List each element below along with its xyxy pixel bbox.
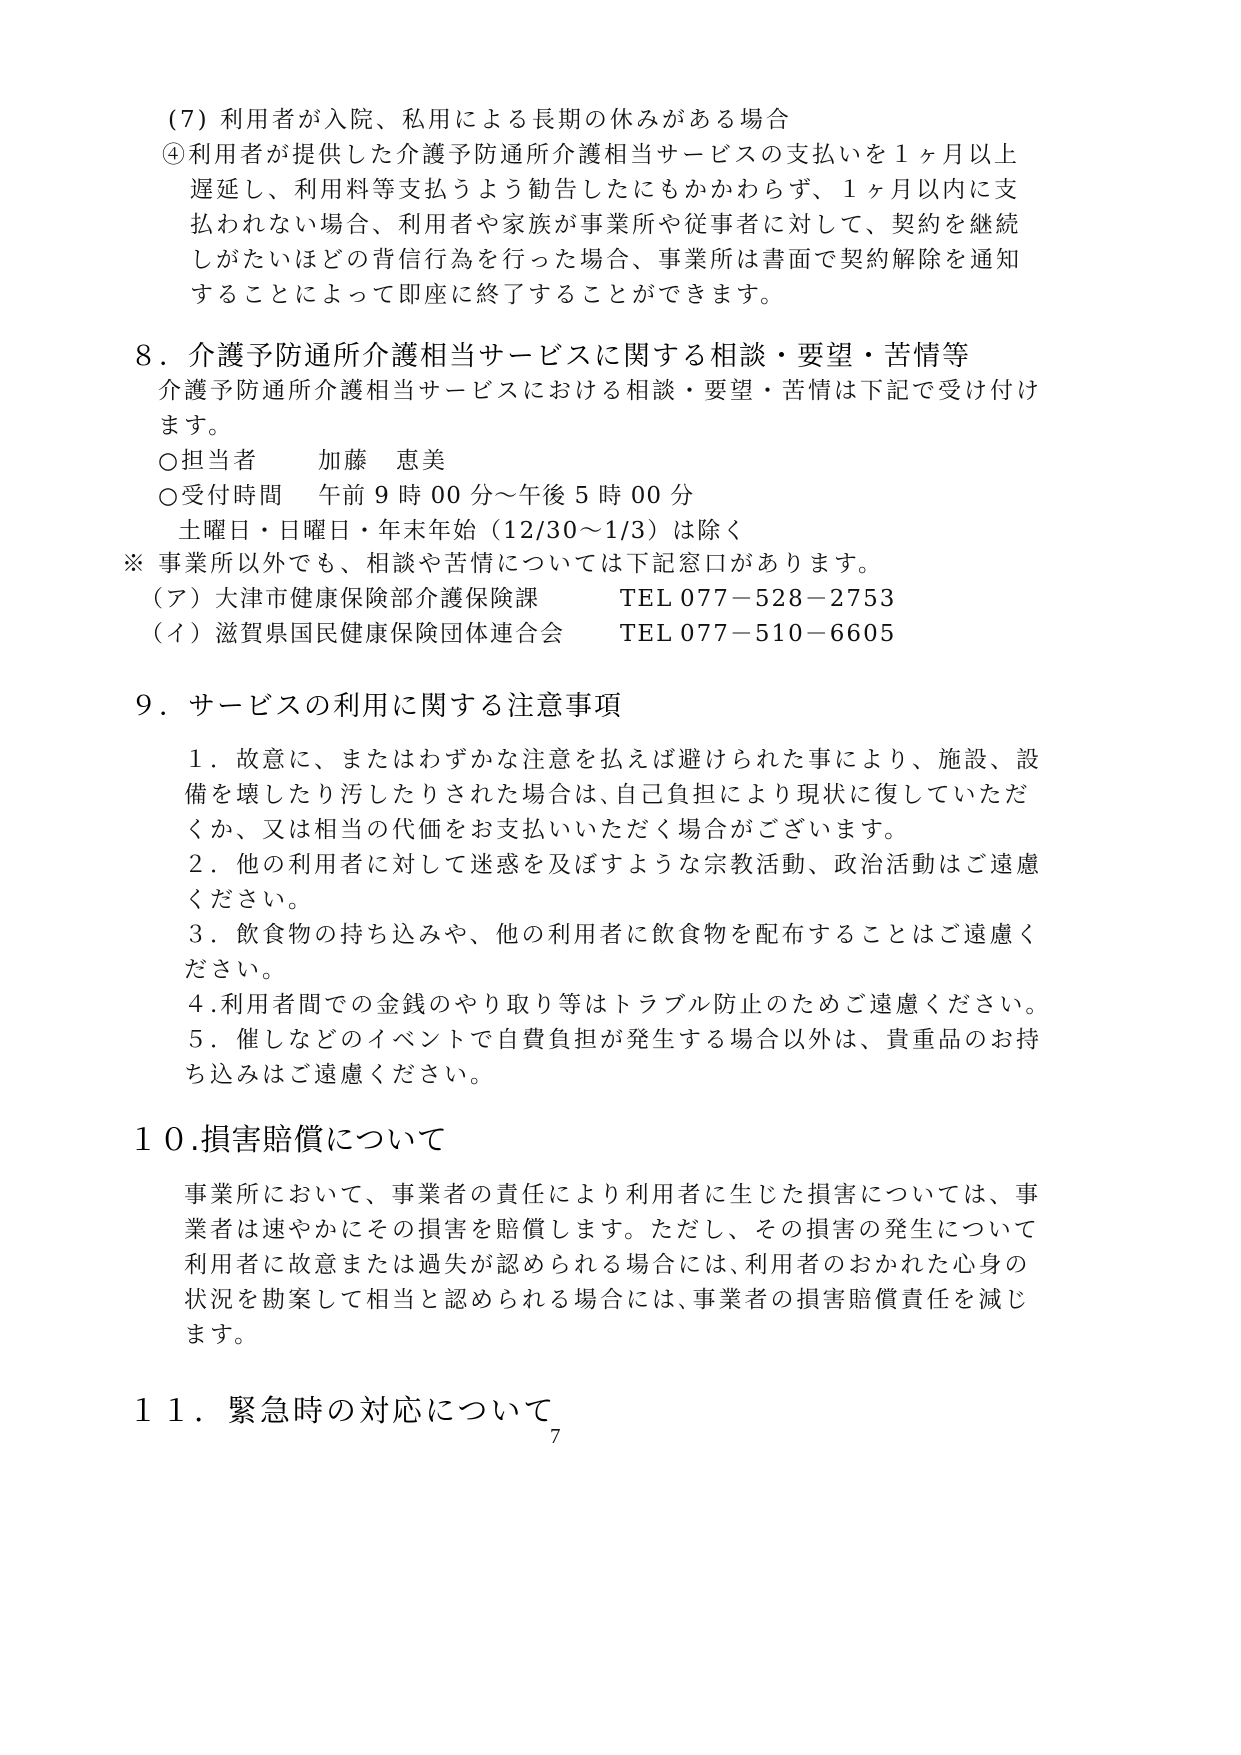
item-7-text: (7) 利用者が入院、私用による長期の休みがある場合 xyxy=(168,105,792,135)
section-8-heading: ８．介護予防通所介護相当サービスに関する相談・要望・苦情等 xyxy=(130,340,971,374)
section-9-line-4: ２．他の利用者に対して迷惑を及ぼすような宗教活動、政治活動はご遠慮 xyxy=(184,850,1042,880)
office-a-name: （ア）大津市健康保険部介護保険課 xyxy=(140,584,540,614)
section-11-heading: １１．緊急時の対応について xyxy=(128,1395,556,1429)
section-10-heading: １０.損害賠償について xyxy=(128,1124,448,1158)
item-4-line-3: 払われない場合、利用者や家族が事業所や従事者に対して、契約を継続 xyxy=(190,210,1022,240)
office-b-tel: 077－510－6605 xyxy=(680,619,896,649)
item-4-line-5: することによって即座に終了することができます。 xyxy=(190,280,786,310)
section-9-heading: ９．サービスの利用に関する注意事項 xyxy=(130,690,623,724)
section-10-line-3: 利用者に故意または過失が認められる場合には､利用者のおかれた心身の xyxy=(184,1250,1031,1280)
section-9-line-5: ください。 xyxy=(184,885,314,915)
hours-exception: 土曜日・日曜日・年末年始（12/30～1/3）は除く xyxy=(178,516,747,546)
office-b-tel-label: TEL xyxy=(620,619,673,649)
section-9-line-6: ３．飲食物の持ち込みや、他の利用者に飲食物を配布することはご遠慮く xyxy=(184,920,1042,950)
contact-name: 加藤 恵美 xyxy=(318,446,448,476)
section-10-line-4: 状況を勘案して相当と認められる場合には､事業者の損害賠償責任を減じ xyxy=(184,1285,1031,1315)
page-number: 7 xyxy=(550,1424,561,1448)
hours-value: 午前 9 時 00 分～午後 5 時 00 分 xyxy=(318,481,694,511)
hours-label: ○受付時間 xyxy=(158,481,285,511)
section-10-line-1: 事業所において、事業者の責任により利用者に生じた損害については、事 xyxy=(184,1180,1041,1210)
office-a-tel-label: TEL xyxy=(620,584,673,614)
section-9-line-2: 備を壊したり汚したりされた場合は､自己負担により現状に復していただ xyxy=(184,780,1031,810)
contact-label: ○担当者 xyxy=(158,446,259,476)
section-10-line-2: 業者は速やかにその損害を賠償します。ただし、その損害の発生について xyxy=(184,1215,1040,1245)
section-9-line-3: くか、又は相当の代価をお支払いいただく場合がございます。 xyxy=(184,815,910,845)
section-9-line-1: １．故意に、またはわずかな注意を払えば避けられた事により、施設、設 xyxy=(184,745,1042,775)
item-4-line-1: ④利用者が提供した介護予防通所介護相当サービスの支払いを１ヶ月以上 xyxy=(162,140,1020,170)
item-4-line-2: 遅延し、利用料等支払うよう勧告したにもかかわらず、１ヶ月以内に支 xyxy=(190,175,1020,205)
office-b-name: （イ）滋賀県国民健康保険団体連合会 xyxy=(140,619,565,649)
section-8-body-line-1: 介護予防通所介護相当サービスにおける相談・要望・苦情は下記で受け付け xyxy=(158,376,1042,406)
section-9-line-8: ４.利用者間での金銭のやり取り等はトラブル防止のためご遠慮ください。 xyxy=(184,990,1051,1020)
section-9-line-10: ち込みはご遠慮ください。 xyxy=(184,1060,496,1090)
section-9-line-9: ５．催しなどのイベントで自費負担が発生する場合以外は、貴重品のお持 xyxy=(184,1025,1042,1055)
section-9-line-7: ださい。 xyxy=(184,955,288,985)
office-a-tel: 077－528－2753 xyxy=(680,584,896,614)
section-10-line-5: ます。 xyxy=(184,1320,260,1350)
section-8-body-line-2: ます。 xyxy=(158,411,234,441)
other-offices-note: ※ 事業所以外でも、相談や苦情については下記窓口があります。 xyxy=(122,549,884,579)
item-4-line-4: しがたいほどの背信行為を行った場合、事業所は書面で契約解除を通知 xyxy=(190,245,1022,275)
